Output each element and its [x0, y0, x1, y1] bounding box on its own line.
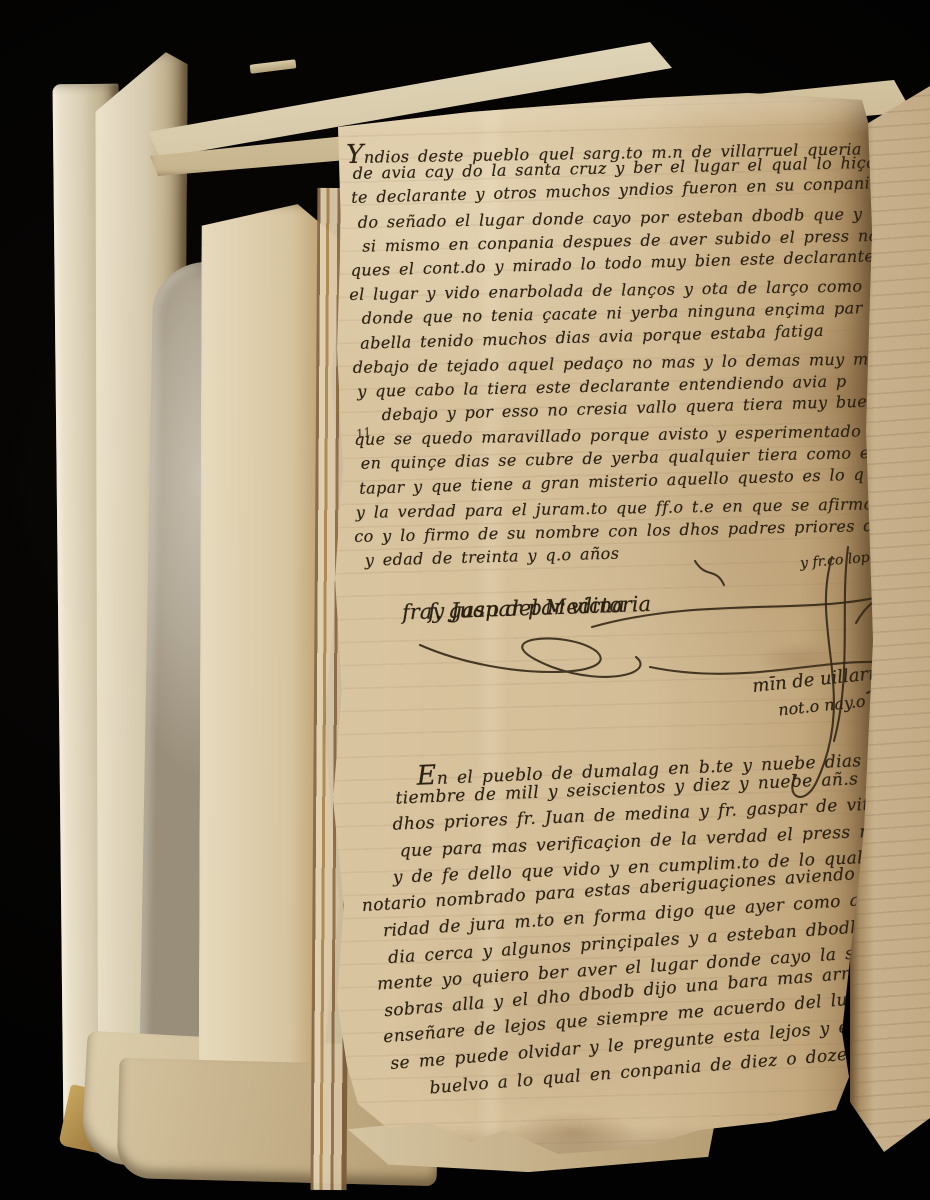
paper-tab	[250, 59, 297, 74]
signature-gaspar-de-vitoria: f. gaspar par victoria	[428, 592, 652, 624]
manuscript-photograph: Yndios deste pueblo quel sarg.to m.n de …	[0, 0, 930, 1200]
signature-row: fray Juan del Medinaf. gaspar par victor…	[402, 600, 429, 625]
testimony-paragraph: Yndios deste pueblo quel sarg.to m.n de …	[346, 127, 876, 575]
notary-title: not.o nay.o	[777, 691, 866, 719]
record-paragraph: En el pueblo de dumalag en b.te y nuebe …	[386, 738, 876, 1106]
manuscript-folio: Yndios deste pueblo quel sarg.to m.n de …	[326, 90, 876, 1165]
